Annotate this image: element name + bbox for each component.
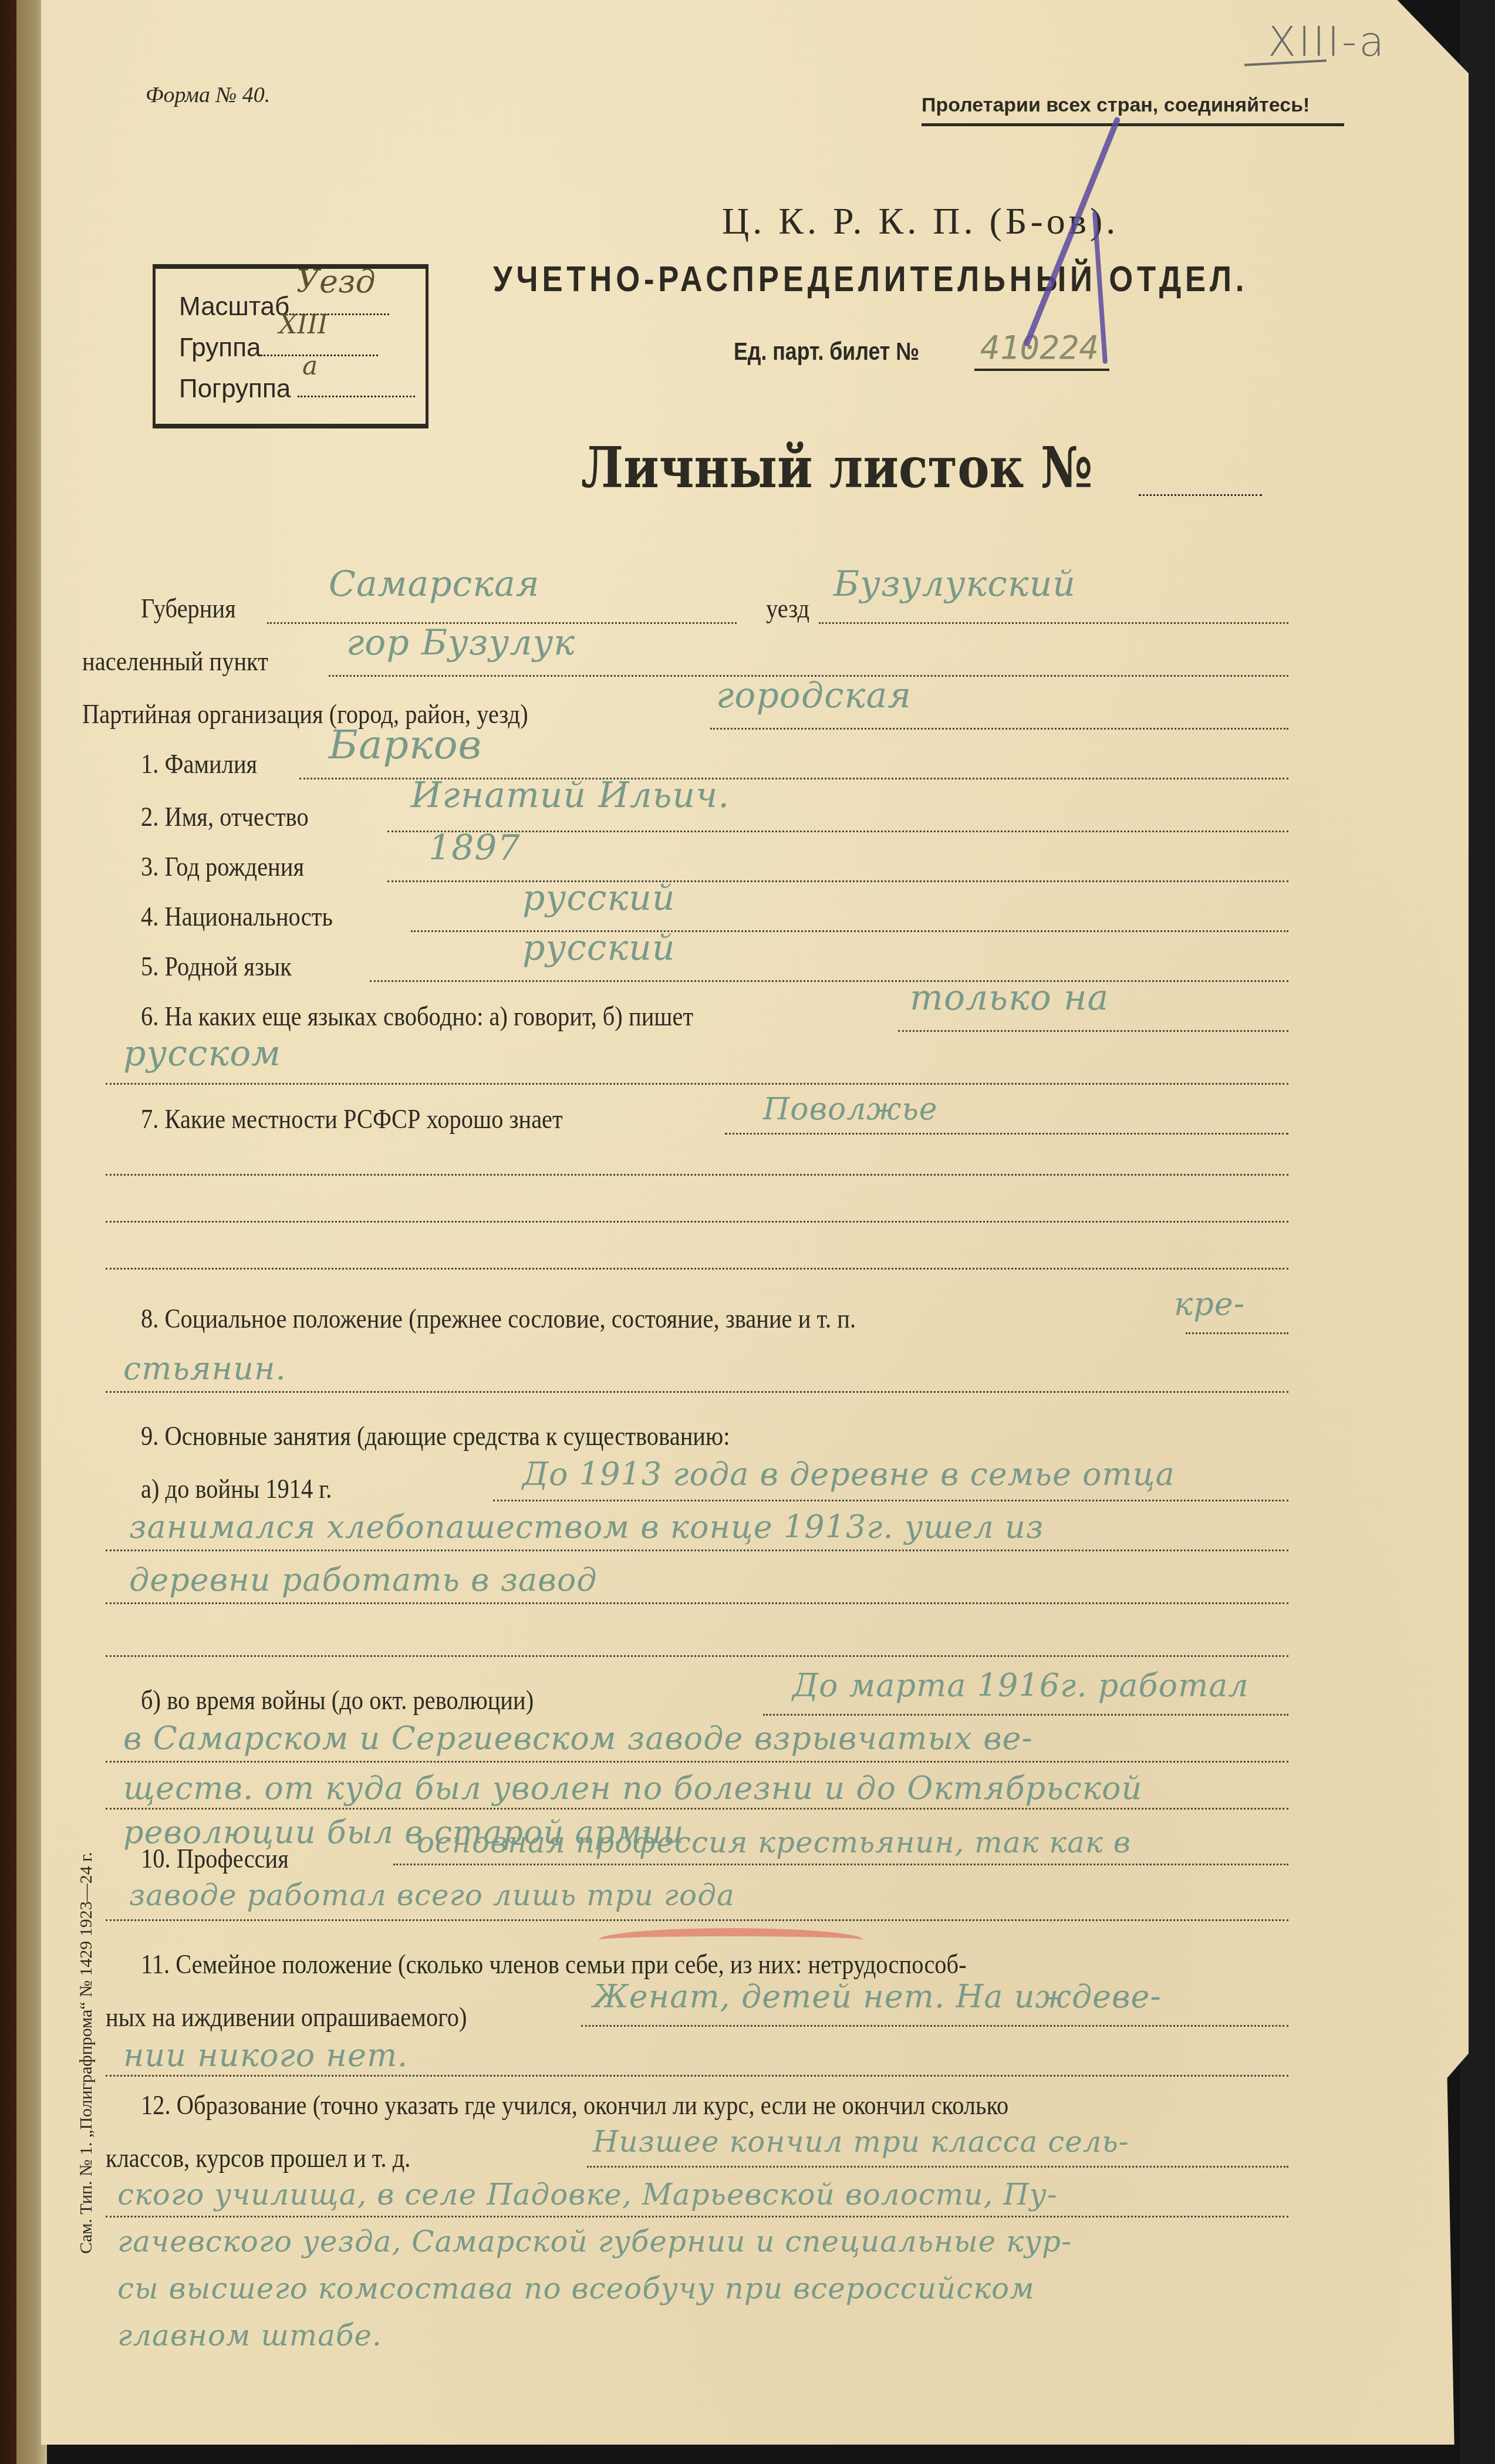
organization-name: Ц. К. Р. К. П. (Б-ов). — [722, 200, 1119, 243]
education-line-1-text: Низшее кончил три класса сель- — [593, 2125, 1129, 2159]
before-war-line-3 — [106, 1602, 1288, 1604]
province-value: Самарская — [329, 563, 540, 605]
profession-line-2 — [106, 1919, 1288, 1921]
education-line-2 — [106, 2216, 1288, 2217]
party-org-value: городская — [716, 675, 912, 716]
field-birth-year-value: 1897 — [428, 828, 521, 869]
field-regions-label: 7. Какие местности РСФСР хорошо знает — [141, 1103, 563, 1135]
field-social-status-line — [1186, 1332, 1288, 1334]
field-regions-value: Поволжье — [763, 1092, 938, 1127]
before-war-line-1-text: До 1913 года в деревне в семье отца — [522, 1456, 1175, 1493]
field-other-languages-value: только на — [910, 977, 1109, 1018]
profession-line-1 — [393, 1864, 1288, 1865]
family-label-line-2: ных на иждивении опрашиваемого) — [106, 2001, 467, 2033]
education-label-line-1: 12. Образование (точно указать где училс… — [141, 2090, 1008, 2121]
field-other-languages-label: 6. На каких еще языках свободно: а) гово… — [141, 1001, 693, 1032]
during-war-line-2-text: в Самарском и Сергиевском заводе взрывча… — [123, 1720, 1033, 1757]
stamp-subgroup-row: Погруппа — [179, 374, 415, 404]
profession-label: 10. Профессия — [141, 1843, 289, 1874]
stamp-scale-label: Масштаб — [179, 292, 289, 321]
occupation-label: 9. Основные занятия (дающие средства к с… — [141, 1420, 730, 1452]
party-ticket-label: Ед. парт. билет № — [734, 337, 919, 366]
binding-edge — [0, 0, 16, 2464]
during-war-line-1-text: До марта 1916г. работал — [792, 1667, 1249, 1704]
slogan: Пролетарии всех стран, соединяйтесь! — [922, 94, 1310, 117]
field-nationality-label: 4. Национальность — [141, 901, 333, 932]
education-line-3-text: гачевского уезда, Самарской губернии и с… — [117, 2225, 1072, 2259]
stamp-group-value: XIII — [279, 310, 328, 340]
printer-imprint: Сам. Тип. № 1. „Полиграфпрома“ № 1429 19… — [76, 1852, 96, 2254]
family-line-2-text: нии никого нет. — [123, 2037, 408, 2074]
during-war-line-1 — [763, 1714, 1288, 1716]
field-regions-line — [725, 1133, 1288, 1135]
family-line-1 — [581, 2025, 1288, 2027]
before-war-line-3-text: деревни работать в завод — [129, 1561, 597, 1598]
sheet-number-line — [1139, 494, 1262, 496]
during-war-line-3 — [106, 1808, 1288, 1810]
during-war-line-2 — [106, 1761, 1288, 1763]
district-label: уезд — [766, 593, 809, 624]
settlement-value: гор Бузулук — [346, 622, 575, 663]
field-name-value: Игнатий Ильич. — [411, 775, 730, 816]
education-line-1 — [587, 2166, 1288, 2168]
field-other-languages-line-2 — [106, 1083, 1288, 1085]
party-ticket-value: 410224 — [980, 329, 1099, 367]
department-name: УЧЕТНО-РАСПРЕДЕЛИТЕЛЬНЫЙ ОТДЕЛ. — [493, 258, 1248, 300]
before-war-line-4 — [106, 1655, 1288, 1657]
field-surname-value: Барков — [329, 722, 482, 768]
red-pencil-mark — [599, 1928, 863, 1952]
before-war-line-2 — [106, 1550, 1288, 1551]
field-social-status-value-cont: стьянин. — [123, 1350, 286, 1387]
party-ticket-line — [974, 369, 1109, 371]
district-value: Бузулукский — [833, 563, 1076, 605]
stamp-subgroup-label: Погруппа — [179, 374, 291, 403]
field-name-line — [387, 831, 1288, 832]
field-regions-line-2 — [106, 1174, 1288, 1176]
district-line — [819, 622, 1288, 624]
family-label-line-1: 11. Семейное положение (сколько членов с… — [141, 1949, 967, 1980]
province-label: Губерния — [141, 593, 236, 624]
before-war-line-1 — [493, 1500, 1288, 1501]
settlement-label: населенный пункт — [82, 646, 268, 677]
party-org-line — [710, 728, 1288, 730]
form-number: Форма № 40. — [146, 82, 270, 108]
field-other-languages-value-cont: русском — [123, 1033, 281, 1074]
field-native-language-line — [370, 980, 1288, 982]
stamp-subgroup-value: а — [302, 351, 318, 381]
education-line-4-text: сы высшего комсостава по всеобучу при вс… — [117, 2271, 1035, 2306]
stamp-group-label: Группа — [179, 333, 261, 362]
archive-mark: XIII-а — [1268, 18, 1386, 66]
profession-line-1-text: основная профессия крестьянин, так как в — [417, 1825, 1131, 1859]
education-line-5-text: главном штабе. — [117, 2318, 382, 2352]
profession-line-2-text: заводе работал всего лишь три года — [129, 1878, 735, 1912]
sheet-title: Личный листок № — [581, 434, 1093, 501]
field-birth-year-label: 3. Год рождения — [141, 851, 304, 882]
before-war-line-2-text: занимался хлебопашеством в конце 1913г. … — [129, 1508, 1044, 1545]
field-regions-line-4 — [106, 1268, 1288, 1270]
field-name-label: 2. Имя, отчество — [141, 801, 309, 832]
field-social-status-line-2 — [106, 1391, 1288, 1393]
education-label-line-2: классов, курсов прошел и т. д. — [106, 2142, 410, 2173]
classification-stamp: Масштаб Уезд Группа XIII Погруппа а — [153, 264, 428, 428]
during-war-line-3-text: ществ. от куда был уволен по болезни и д… — [123, 1770, 1142, 1807]
field-other-languages-line — [898, 1030, 1288, 1032]
family-line-1-text: Женат, детей нет. На иждеве- — [593, 1978, 1162, 2015]
field-native-language-label: 5. Родной язык — [141, 951, 292, 982]
field-social-status-label: 8. Социальное положение (прежнее сослови… — [141, 1303, 856, 1334]
field-nationality-value: русский — [522, 877, 676, 919]
education-line-2-text: ского училища, в селе Падовке, Марьевско… — [117, 2178, 1058, 2212]
stamp-scale-value: Уезд — [296, 263, 376, 300]
document-page: Форма № 40. XIII-а Пролетарии всех стран… — [41, 0, 1469, 2445]
field-regions-line-3 — [106, 1221, 1288, 1223]
before-war-label: а) до войны 1914 г. — [141, 1473, 332, 1504]
field-native-language-value: русский — [522, 927, 676, 968]
field-social-status-value: кре- — [1174, 1285, 1245, 1322]
field-surname-label: 1. Фамилия — [141, 748, 257, 779]
slogan-underline — [922, 123, 1344, 126]
family-line-2 — [106, 2075, 1288, 2077]
during-war-label: б) во время войны (до окт. революции) — [141, 1685, 534, 1716]
